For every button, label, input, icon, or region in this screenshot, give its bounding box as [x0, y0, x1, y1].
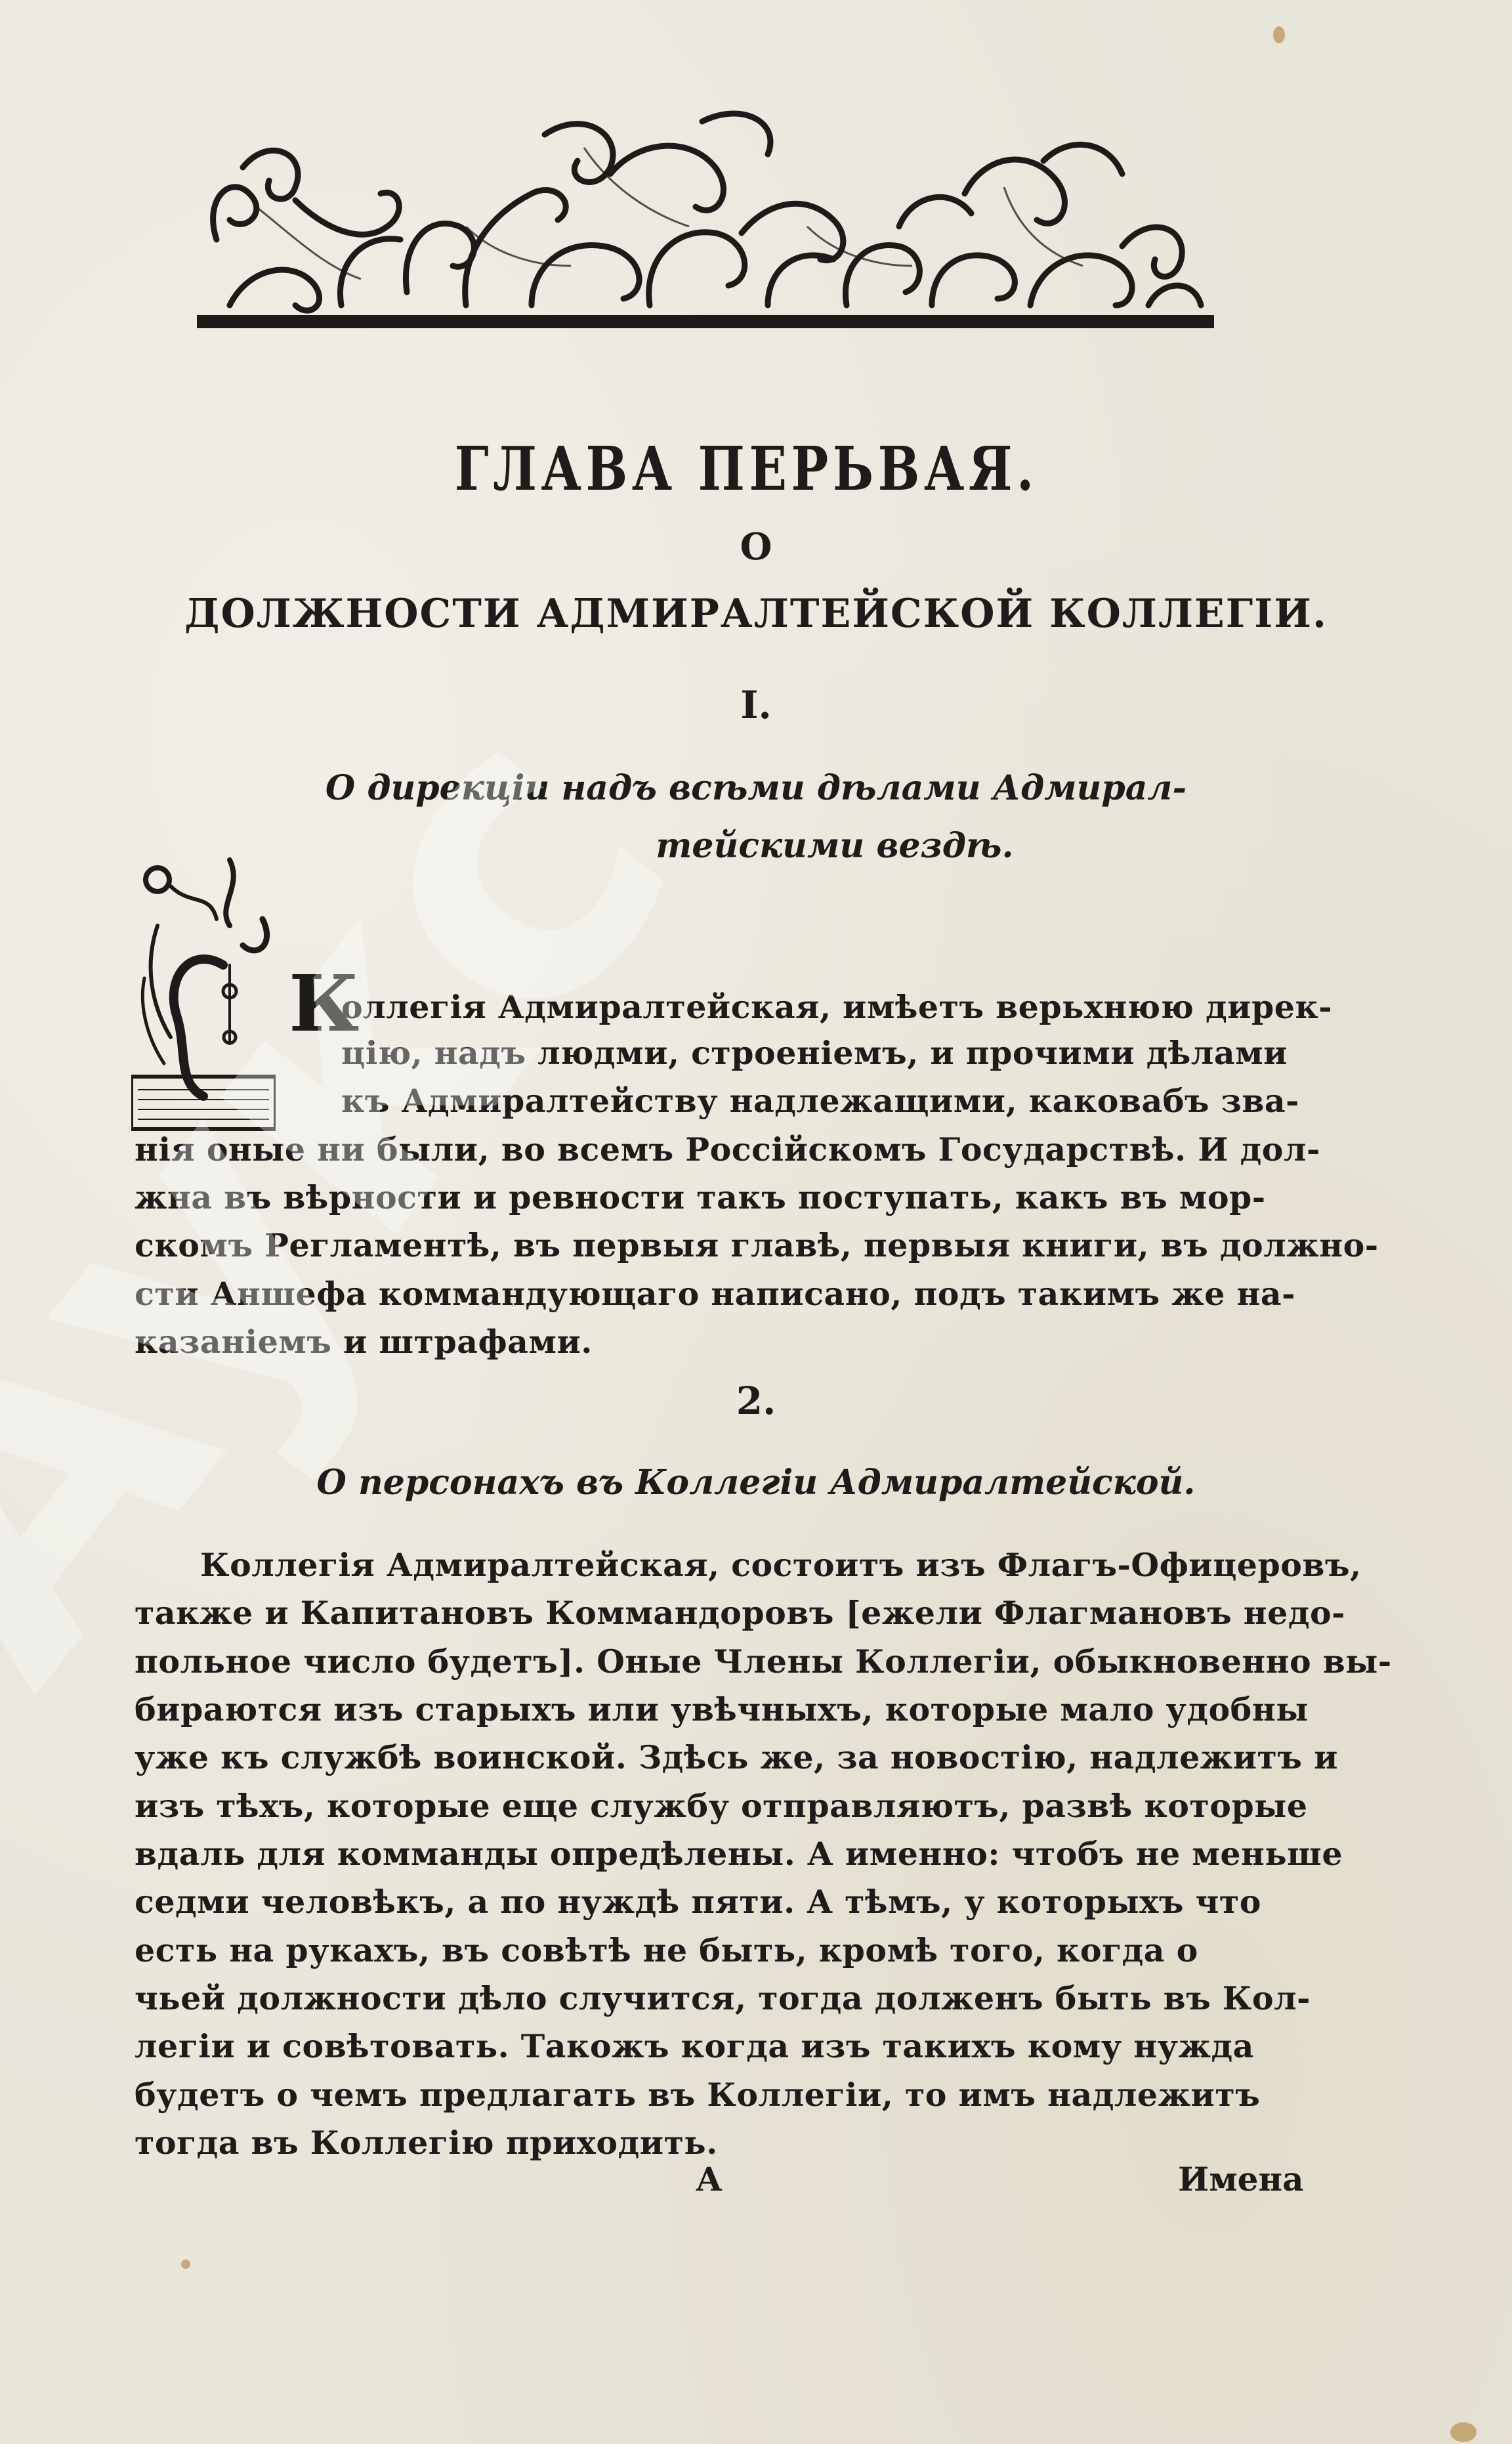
text-line: оллегiя Адмиралтейская, имѣетъ верьхнюю …: [341, 988, 1286, 1026]
section-heading: О персонахъ въ Коллегiи Адмиралтейской.: [0, 1463, 1512, 1503]
chapter-subtitle: ДОЛЖНОСТИ АДМИРАЛТЕЙСКОЙ КОЛЛЕГIИ.: [0, 591, 1512, 637]
paper-stain: [1450, 2422, 1477, 2442]
text-line: казанiемъ и штрафами.: [135, 1323, 593, 1361]
text-line: уже къ службѣ воинской. Здѣсь же, за нов…: [135, 1738, 1286, 1776]
text-line: вдаль для комманды опредѣлены. А именно:…: [135, 1835, 1286, 1873]
catchword: Имена: [1178, 2160, 1303, 2198]
text-line: цiю, надъ людми, строенiемъ, и прочими д…: [341, 1034, 1286, 1072]
text-line: къ Адмиралтейству надлежащими, каковабъ …: [341, 1082, 1286, 1120]
text-line: чьей должности дѣло случится, тогда долж…: [135, 1979, 1286, 2017]
text-line: тогда въ Коллегiю приходить.: [135, 2124, 718, 2162]
section-number: I.: [0, 683, 1512, 727]
book-page: ГЛАВА ПЕРЬВАЯ. О ДОЛЖНОСТИ АДМИРАЛТЕЙСКО…: [0, 0, 1512, 2444]
paper-stain: [181, 2260, 190, 2269]
text-line: бираются изъ старыхъ или увѣчныхъ, котор…: [135, 1690, 1286, 1728]
text-line: будетъ о чемъ предлагать въ Коллегiи, то…: [135, 2076, 1286, 2114]
chapter-title: ГЛАВА ПЕРЬВАЯ.: [127, 433, 1366, 504]
ornamental-initial-icon: [131, 847, 276, 1136]
text-line: есть на рукахъ, въ совѣтѣ не быть, кромѣ…: [135, 1931, 1286, 1969]
chapter-subtitle-preposition: О: [0, 525, 1512, 568]
ornamental-headpiece: [190, 95, 1221, 338]
text-line: сти Аншефа коммандующаго написано, подъ …: [135, 1275, 1286, 1313]
text-line: также и Капитановъ Коммандоровъ [ежели Ф…: [135, 1594, 1286, 1632]
paper-stain: [1273, 26, 1285, 43]
text-line: польное число будетъ]. Оные Члены Коллег…: [135, 1642, 1286, 1681]
text-line: Коллегiя Адмиралтейская, состоитъ изъ Фл…: [200, 1546, 1286, 1584]
text-line: скомъ Регламентѣ, въ первыя главѣ, первы…: [135, 1226, 1286, 1264]
text-line: легiи и совѣтовать. Такожъ когда изъ так…: [135, 2027, 1286, 2065]
section-number: 2.: [0, 1379, 1512, 1423]
signature-mark: А: [696, 2160, 723, 2198]
section-heading: тейскими вездѣ.: [79, 826, 1512, 866]
text-line: жна въ вѣрности и ревности такъ поступат…: [135, 1178, 1286, 1216]
section-heading: О дирекцiи надъ всѣми дѣлами Адмирал-: [0, 768, 1512, 808]
text-line: седми человѣкъ, а по нуждѣ пяти. А тѣмъ,…: [135, 1883, 1286, 1921]
text-line: изъ тѣхъ, которые еще службу отправляютъ…: [135, 1787, 1286, 1825]
text-line: нiя оныe ни были, во всемъ Россiйскомъ Г…: [135, 1130, 1286, 1168]
